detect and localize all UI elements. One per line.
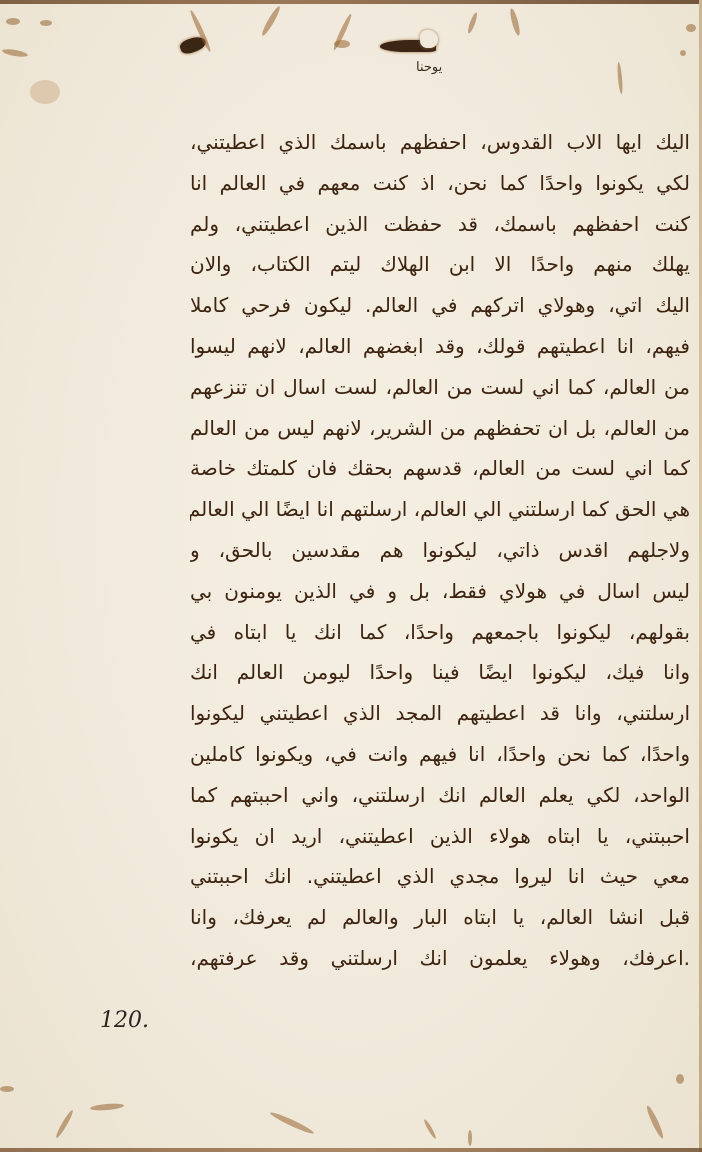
text-line: قبل انشا العالم، يا ابتاه البار والعالم …	[190, 897, 690, 938]
text-line: .اعرفك، وهولاء يعلمون انك ارسلتني وقد عر…	[190, 938, 690, 979]
page-top-edge	[0, 0, 702, 4]
text-line: اليك ايها الاب القدوس، احفظهم باسمك الذي…	[190, 122, 690, 163]
text-line: لكي يكونوا واحدًا كما نحن، اذ كنت معهم ف…	[190, 163, 690, 204]
text-line: ارسلتني، وانا قد اعطيتهم المجد الذي اعطي…	[190, 693, 690, 734]
text-line: كما اني لست من العالم، قدسهم بحقك فان كل…	[190, 448, 690, 489]
text-line: ليس اسال في هولاي فقط، بل و في الذين يوم…	[190, 571, 690, 612]
text-line: ولاجلهم اقدس ذاتي، ليكونوا هم مقدسين بال…	[190, 530, 690, 571]
text-line: احببتني، يا ابتاه هولاء الذين اعطيتني، ا…	[190, 816, 690, 857]
text-line: بقولهم، ليكونوا باجمعهم واحدًا، كما انك …	[190, 612, 690, 653]
text-line: وانا فيك، ليكونوا ايضًا فينا واحدًا ليوم…	[190, 652, 690, 693]
text-line: من العالم، كما اني لست من العالم، لست اس…	[190, 367, 690, 408]
folio-number: 120.	[100, 1008, 149, 1033]
page-bottom-edge	[0, 1148, 702, 1152]
text-line: اليك اتي، وهولاي اتركهم في العالم. ليكون…	[190, 285, 690, 326]
manuscript-text-block: اليك ايها الاب القدوس، احفظهم باسمك الذي…	[190, 122, 690, 979]
text-line: فيهم، انا اعطيتهم قولك، وقد ابغضهم العال…	[190, 326, 690, 367]
text-line: واحدًا، كما نحن واحدًا، انا فيهم وانت في…	[190, 734, 690, 775]
text-line: معي حيث انا ليروا مجدي الذي اعطيتني. انك…	[190, 856, 690, 897]
text-line: الواحد، لكي يعلم العالم انك ارسلتني، وان…	[190, 775, 690, 816]
running-title: يوحنا	[416, 60, 442, 75]
text-line: كنت احفظهم باسمك، قد حفظت الذين اعطيتني،…	[190, 204, 690, 245]
text-line: يهلك منهم واحدًا الا ابن الهلاك ليتم الك…	[190, 244, 690, 285]
text-line: هي الحق كما ارسلتني الي العالم، ارسلتهم …	[190, 489, 690, 530]
text-line: من العالم، بل ان تحفظهم من الشرير، لانهم…	[190, 408, 690, 449]
manuscript-page: يوحنا اليك ايها الاب القدوس، احفظهم باسم…	[0, 0, 702, 1152]
